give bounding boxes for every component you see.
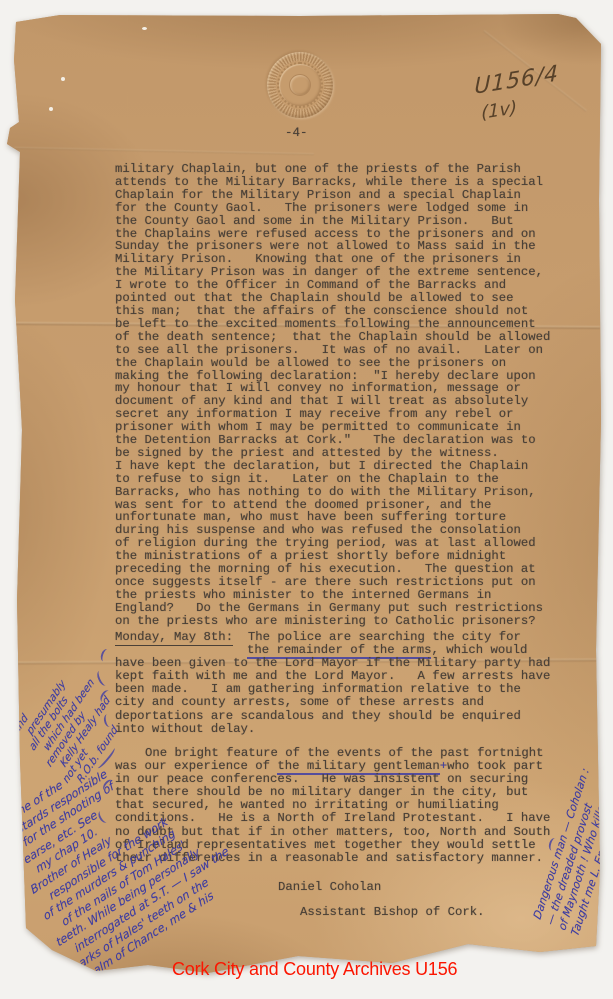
typed-text: , which would [431, 643, 527, 657]
embossed-seal-icon [267, 52, 333, 118]
typed-line: the Chaplain would be allowed to see the… [115, 357, 550, 370]
scanned-page: U156/4 (1v) -4- military Chaplain, but o… [0, 0, 613, 999]
typed-line: for the County Gaol. The prisoners were … [115, 202, 550, 215]
typed-line: I have kept the declaration, but I direc… [115, 460, 550, 473]
typed-line: this man; that the affairs of the consci… [115, 305, 550, 318]
typed-text: The police are searching the city for [233, 630, 521, 644]
typed-line: be signed by the priest and attested by … [115, 447, 550, 460]
signature-title: Assistant Bishop of Cork. [300, 905, 484, 919]
page-number: -4- [285, 126, 308, 140]
signature-name: Daniel Coholan [278, 880, 381, 894]
typed-paragraph-1: military Chaplain, but one of the priest… [115, 163, 550, 628]
typed-text: who took part [447, 759, 543, 773]
typed-line: military Chaplain, but one of the priest… [115, 163, 550, 176]
typed-line: the priests who minister to the interned… [115, 589, 550, 602]
archive-subreference: (1v) [481, 97, 517, 124]
typed-line: attends to the Military Barracks, while … [115, 176, 550, 189]
typed-line: Chaplain for the Military Prison and a s… [115, 189, 550, 202]
fold-crease [14, 147, 314, 155]
paper-hole [142, 27, 147, 30]
typed-line: on the priests who are ministering to Ca… [115, 615, 550, 628]
archive-watermark: Cork City and County Archives U156 [172, 959, 457, 980]
typed-line: to refuse to sign it. Later on the Chapl… [115, 473, 550, 486]
typed-line: Barracks, who has nothing to do with the… [115, 486, 550, 499]
typed-line: of the death sentence; that the Chaplain… [115, 331, 550, 344]
archive-reference: U156/4 [474, 61, 559, 100]
typed-line: to see all the prisoners. It was of no a… [115, 344, 550, 357]
underlined-heading: Monday, May 8th: [115, 630, 233, 646]
paper-hole [61, 77, 65, 81]
ink-mark: + [440, 759, 447, 773]
typed-line: the Detention Barracks at Cork." The dec… [115, 434, 550, 447]
typed-line: be left to the excited moments following… [115, 318, 550, 331]
typed-line: once suggests itself - are there such re… [115, 576, 550, 589]
typed-line: England? Do the Germans in Germany put s… [115, 602, 550, 615]
paper-hole [49, 107, 53, 111]
typed-line: the County Gaol and some in the Military… [115, 215, 550, 228]
paper-sheet: U156/4 (1v) -4- military Chaplain, but o… [0, 0, 613, 999]
